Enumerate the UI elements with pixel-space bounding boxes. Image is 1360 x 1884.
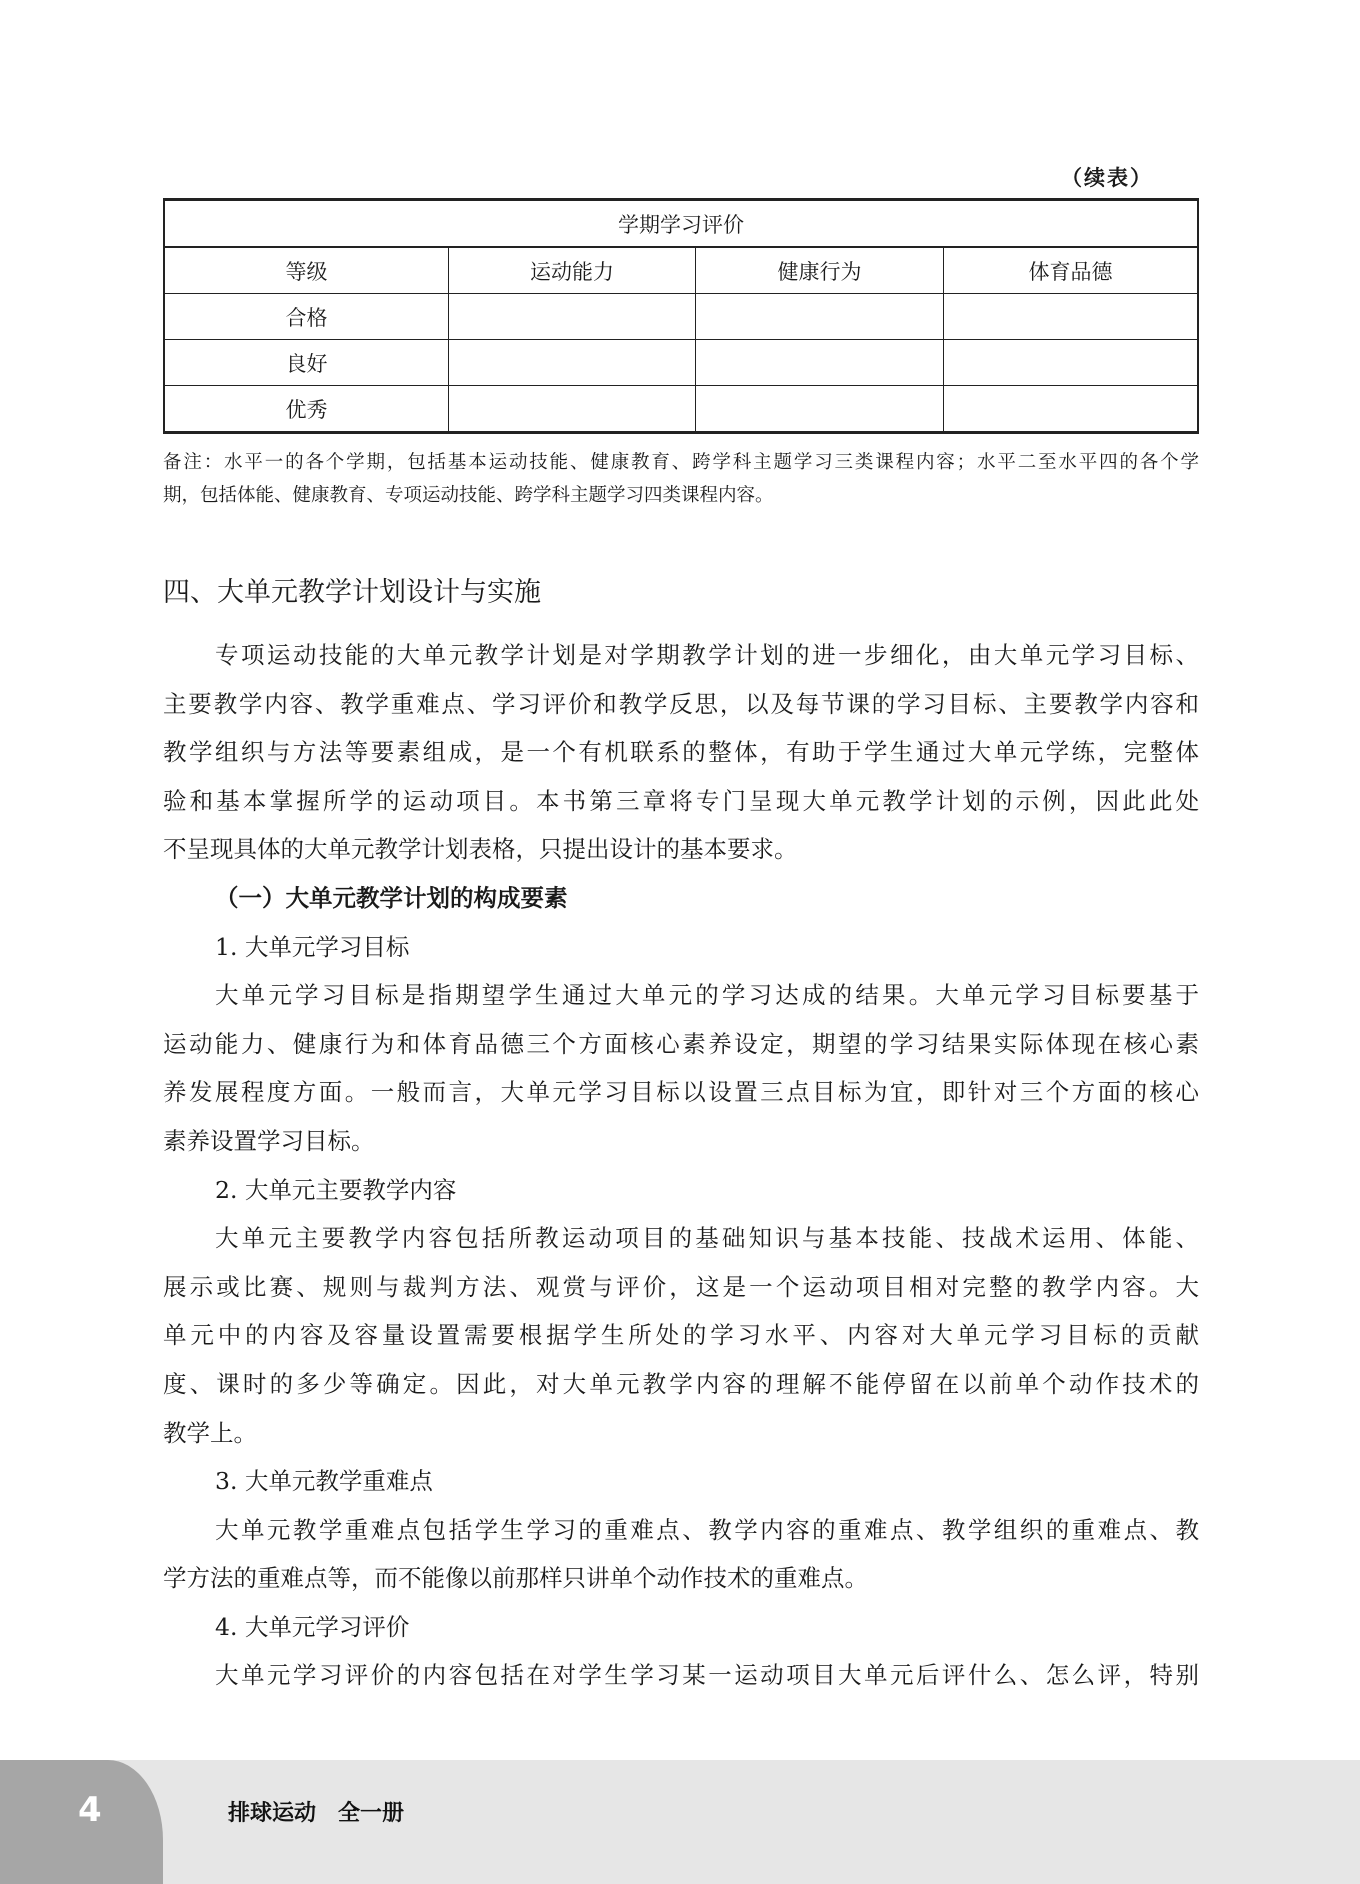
level-cell: 良好 <box>164 340 449 386</box>
section-body: 专项运动技能的大单元教学计划是对学期教学计划的进一步细化，由大单元学习目标、 主… <box>163 631 1199 1700</box>
paragraph-line: 验和基本掌握所学的运动项目。本书第三章将专门呈现大单元教学计划的示例，因此此处 <box>163 777 1199 826</box>
header-level: 等级 <box>164 247 449 294</box>
table-cell <box>449 294 696 340</box>
paragraph-line: 大单元主要教学内容包括所教运动项目的基础知识与基本技能、技战术运用、体能、 <box>163 1214 1199 1263</box>
header-health-behavior: 健康行为 <box>696 247 944 294</box>
paragraph-line: 养发展程度方面。一般而言，大单元学习目标以设置三点目标为宜，即针对三个方面的核心 <box>163 1068 1199 1117</box>
paragraph-line: 运动能力、健康行为和体育品德三个方面核心素养设定，期望的学习结果实际体现在核心素 <box>163 1020 1199 1069</box>
item-title: 1. 大单元学习目标 <box>163 923 1199 972</box>
semester-evaluation-table: 学期学习评价 等级 运动能力 健康行为 体育品德 合格 良好 优秀 <box>163 198 1199 434</box>
continued-table-label: （续表） <box>1061 162 1153 192</box>
item-title: 3. 大单元教学重难点 <box>163 1457 1199 1506</box>
page-number: 4 <box>78 1790 102 1830</box>
item-title: 2. 大单元主要教学内容 <box>163 1166 1199 1215</box>
paragraph-line: 大单元学习评价的内容包括在对学生学习某一运动项目大单元后评什么、怎么评，特别 <box>163 1651 1199 1700</box>
header-motor-ability: 运动能力 <box>449 247 696 294</box>
table-cell <box>944 294 1199 340</box>
paragraph-line: 主要教学内容、教学重难点、学习评价和教学反思，以及每节课的学习目标、主要教学内容… <box>163 680 1199 729</box>
note-line: 备注：水平一的各个学期，包括基本运动技能、健康教育、跨学科主题学习三类课程内容；… <box>163 446 1199 479</box>
header-sports-ethics: 体育品德 <box>944 247 1199 294</box>
table-note: 备注：水平一的各个学期，包括基本运动技能、健康教育、跨学科主题学习三类课程内容；… <box>163 446 1199 512</box>
item-title: 4. 大单元学习评价 <box>163 1603 1199 1652</box>
table-cell <box>696 340 944 386</box>
table-cell <box>944 386 1199 433</box>
paragraph-line: 展示或比赛、规则与裁判方法、观赏与评价，这是一个运动项目相对完整的教学内容。大 <box>163 1263 1199 1312</box>
paragraph-line: 大单元教学重难点包括学生学习的重难点、教学内容的重难点、教学组织的重难点、教 <box>163 1506 1199 1555</box>
paragraph-line: 学方法的重难点等，而不能像以前那样只讲单个动作技术的重难点。 <box>163 1554 1199 1603</box>
book-title: 排球运动 全一册 <box>228 1796 404 1827</box>
level-cell: 合格 <box>164 294 449 340</box>
table-cell <box>449 386 696 433</box>
paragraph-line: 单元中的内容及容量设置需要根据学生所处的学习水平、内容对大单元学习目标的贡献 <box>163 1311 1199 1360</box>
table-row: 良好 <box>164 340 1198 386</box>
subsection-heading: （一）大单元教学计划的构成要素 <box>163 874 1199 923</box>
footer-band <box>0 1760 1360 1884</box>
paragraph-line: 专项运动技能的大单元教学计划是对学期教学计划的进一步细化，由大单元学习目标、 <box>163 631 1199 680</box>
table-row: 合格 <box>164 294 1198 340</box>
table-cell <box>696 386 944 433</box>
table-cell <box>696 294 944 340</box>
table-cell <box>944 340 1199 386</box>
table-cell <box>449 340 696 386</box>
section-heading: 四、大单元教学计划设计与实施 <box>163 570 541 609</box>
paragraph-line: 教学组织与方法等要素组成，是一个有机联系的整体，有助于学生通过大单元学练，完整体 <box>163 728 1199 777</box>
paragraph-line: 大单元学习目标是指期望学生通过大单元的学习达成的结果。大单元学习目标要基于 <box>163 971 1199 1020</box>
table-row: 优秀 <box>164 386 1198 433</box>
paragraph-line: 素养设置学习目标。 <box>163 1117 1199 1166</box>
note-line: 期，包括体能、健康教育、专项运动技能、跨学科主题学习四类课程内容。 <box>163 479 1199 512</box>
paragraph-line: 不呈现具体的大单元教学计划表格，只提出设计的基本要求。 <box>163 825 1199 874</box>
paragraph-line: 教学上。 <box>163 1409 1199 1458</box>
table-title: 学期学习评价 <box>164 200 1198 248</box>
level-cell: 优秀 <box>164 386 449 433</box>
paragraph-line: 度、课时的多少等确定。因此，对大单元教学内容的理解不能停留在以前单个动作技术的 <box>163 1360 1199 1409</box>
